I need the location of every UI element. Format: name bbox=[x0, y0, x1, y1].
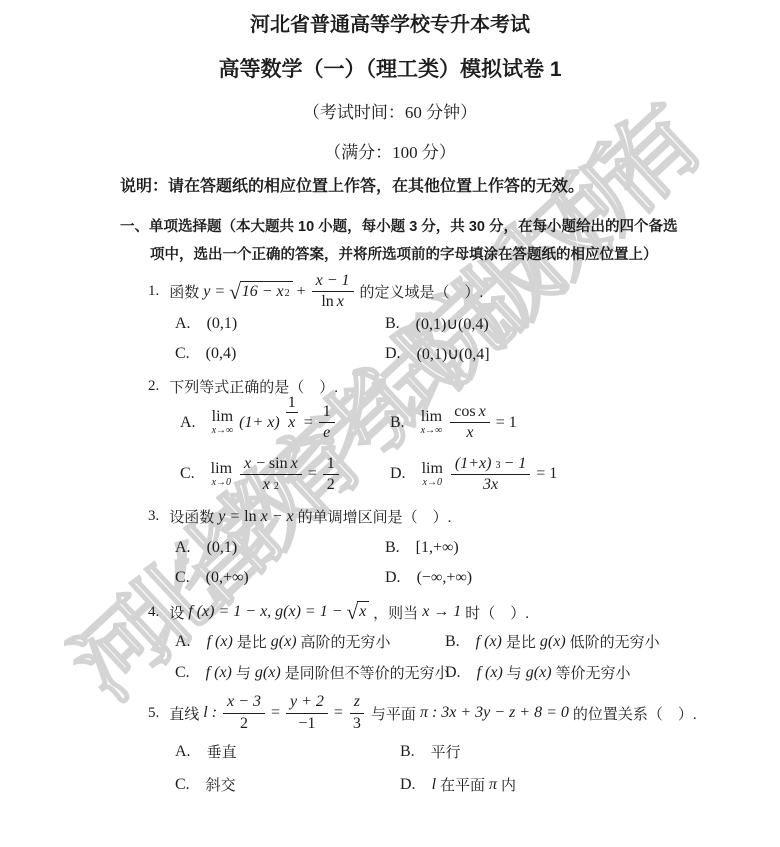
option-3D-label: D. bbox=[385, 569, 401, 587]
q1-frac-denominator-fn: ln bbox=[321, 293, 333, 311]
num-p2: x bbox=[291, 455, 298, 473]
exam-title: 河北省普通高等学校专升本考试 bbox=[0, 8, 780, 37]
option-2D-equals: = 1 bbox=[536, 465, 557, 483]
option-3C-label: C. bbox=[175, 569, 190, 587]
option-5D-l: l bbox=[432, 776, 436, 794]
option-4A-mid: 是比 bbox=[237, 631, 267, 652]
option-5D: D.l在平面π内 bbox=[400, 774, 516, 795]
question-1-options-row-2: C.(0,4) D.(0,1)∪(0,4] bbox=[175, 344, 780, 364]
q5-fraction-z: z3 bbox=[349, 693, 365, 733]
q1-frac-numerator: x − 1 bbox=[316, 272, 350, 290]
question-4-mid-text: ，则当 bbox=[373, 602, 418, 623]
rhs-num: 1 bbox=[327, 455, 335, 473]
option-2A-body: (1+ x) bbox=[239, 414, 280, 432]
den-exponent: 2 bbox=[274, 481, 279, 493]
exp-num: 1 bbox=[286, 394, 298, 413]
option-3B-value: [1,+∞) bbox=[416, 539, 459, 557]
question-2-stem: 2. 下列等式正确的是（ ）. bbox=[148, 376, 780, 397]
question-1-post-text: 的定义域是（ ）. bbox=[360, 281, 484, 302]
option-2D: D. limx→0 (1+x)3− 13x = 1 bbox=[390, 455, 557, 495]
q3-y-equals: y = bbox=[218, 508, 240, 526]
num-var: x bbox=[479, 403, 486, 421]
option-5B: B.平行 bbox=[400, 741, 461, 762]
num-p1: x − bbox=[244, 455, 266, 473]
exponent-fraction: 1x bbox=[286, 394, 298, 431]
num-tail: − 1 bbox=[503, 455, 526, 473]
q5-line-symbol: l : bbox=[203, 704, 217, 722]
option-4B: B.f (x)是比g(x)低阶的无穷小 bbox=[445, 631, 660, 652]
option-2C-label: C. bbox=[180, 465, 195, 483]
option-4C: C.f (x)与g(x)是同阶但不等价的无穷小 bbox=[175, 662, 445, 683]
question-5-number: 5. bbox=[148, 705, 159, 722]
q1-plus-sign: + bbox=[297, 283, 306, 301]
frac-z-num: z bbox=[354, 693, 360, 711]
question-2-text: 下列等式正确的是（ ）. bbox=[169, 376, 338, 397]
option-1A-label: A. bbox=[175, 315, 191, 333]
question-5-options-row-2: C.斜交 D.l在平面π内 bbox=[175, 774, 780, 795]
q4-g-definition: g(x) = 1 − bbox=[275, 603, 342, 621]
question-3: 3. 设函数 y = ln x − x 的单调增区间是（ ）. A.(0,1) … bbox=[0, 506, 780, 587]
lim-subscript: x→0 bbox=[423, 478, 442, 488]
option-2C-fraction: x −sinxx2 bbox=[240, 455, 302, 495]
option-3A-label: A. bbox=[175, 539, 191, 557]
den-var: x bbox=[466, 424, 473, 442]
option-1C: C.(0,4) bbox=[175, 345, 385, 363]
rhs-den: e bbox=[323, 424, 330, 442]
question-3-number: 3. bbox=[148, 508, 159, 525]
option-1D: D.(0,1)∪(0,4] bbox=[385, 344, 490, 364]
exam-time: （考试时间：60 分钟） bbox=[0, 98, 780, 123]
question-4-options-row-1: A.f (x)是比g(x)高阶的无穷小 B.f (x)是比g(x)低阶的无穷小 bbox=[175, 631, 780, 652]
question-5-pre-text: 直线 bbox=[169, 703, 199, 724]
option-3C: C.(0,+∞) bbox=[175, 569, 385, 587]
option-4A-g: g(x) bbox=[271, 633, 297, 651]
option-2B: B. limx→∞ cosxx = 1 bbox=[390, 403, 517, 443]
question-4-options-row-2: C.f (x)与g(x)是同阶但不等价的无穷小 D.f (x)与g(x)等价无穷… bbox=[175, 662, 780, 683]
option-3A-value: (0,1) bbox=[207, 539, 238, 557]
limit-operator: limx→0 bbox=[211, 461, 232, 488]
option-4C-f: f (x) bbox=[206, 664, 232, 682]
option-1B-label: B. bbox=[385, 315, 400, 333]
option-5C: C.斜交 bbox=[175, 774, 400, 795]
frac-x-den: 2 bbox=[240, 715, 248, 733]
lim-word: lim bbox=[422, 461, 443, 477]
question-3-options-row-2: C.(0,+∞) D.(−∞,+∞) bbox=[175, 569, 780, 587]
option-5A-value: 垂直 bbox=[207, 741, 237, 762]
num-fn: sin bbox=[269, 455, 288, 473]
option-2B-label: B. bbox=[390, 414, 405, 432]
option-3A: A.(0,1) bbox=[175, 539, 385, 557]
frac-z-den: 3 bbox=[353, 715, 361, 733]
q1-y-equals: y = bbox=[203, 283, 225, 301]
q5-fraction-y: y + 2−1 bbox=[286, 693, 328, 733]
option-3C-value: (0,+∞) bbox=[206, 569, 249, 587]
option-5A: A.垂直 bbox=[175, 741, 400, 762]
question-5: 5. 直线 l : x − 32 = y + 2−1 = z3 与平面 π : … bbox=[0, 693, 780, 795]
section-heading-line2: 项中，选出一个正确的答案，并将所选项前的字母填涂在答题纸的相应位置上） bbox=[150, 244, 780, 266]
num-body: (1+x) bbox=[455, 455, 492, 473]
lim-word: lim bbox=[212, 409, 233, 425]
option-3D: D.(−∞,+∞) bbox=[385, 569, 472, 587]
option-2C: C. limx→0 x −sinxx2 = 12 bbox=[180, 455, 390, 495]
option-4A-tail: 高阶的无穷小 bbox=[301, 631, 391, 652]
option-2A-rhs-fraction: 1e bbox=[319, 403, 335, 443]
limit-operator: limx→0 bbox=[422, 461, 443, 488]
option-3B-label: B. bbox=[385, 539, 400, 557]
option-4D-f: f (x) bbox=[477, 664, 503, 682]
q1-sqrt-expression: √ 16 − x2 bbox=[229, 281, 292, 303]
option-5B-value: 平行 bbox=[431, 741, 461, 762]
option-2D-fraction: (1+x)3− 13x bbox=[451, 455, 530, 495]
option-4A-f: f (x) bbox=[207, 633, 233, 651]
den-var: x bbox=[263, 476, 270, 494]
q4-radicand: x bbox=[359, 603, 366, 621]
q4-sqrt-expression: √x bbox=[347, 601, 370, 623]
den-var: 3x bbox=[483, 476, 498, 494]
option-5D-tail: 内 bbox=[501, 774, 516, 795]
q3-ln: ln bbox=[244, 508, 256, 526]
option-4C-tail: 是同阶但不等价的无穷小 bbox=[285, 662, 450, 683]
question-4-pre-text: 设 bbox=[169, 602, 184, 623]
option-4B-g: g(x) bbox=[540, 633, 566, 651]
question-5-options-row-1: A.垂直 B.平行 bbox=[175, 741, 780, 762]
option-2A-label: A. bbox=[180, 414, 196, 432]
option-5B-label: B. bbox=[400, 743, 415, 761]
option-4B-tail: 低阶的无穷小 bbox=[570, 631, 660, 652]
option-4A: A.f (x)是比g(x)高阶的无穷小 bbox=[175, 631, 445, 652]
q5-plane-equation: π : 3x + 3y − z + 8 = 0 bbox=[420, 704, 569, 722]
q4-f-definition: f (x) = 1 − x, bbox=[188, 603, 271, 621]
question-3-options-row-1: A.(0,1) B.[1,+∞) bbox=[175, 539, 780, 557]
lim-word: lim bbox=[421, 409, 442, 425]
q4-x-limit: x → 1 bbox=[422, 603, 461, 621]
question-2-options-row-1: A. limx→∞ (1+ x) 1x = 1e B. limx→∞ cosxx… bbox=[180, 403, 780, 443]
question-1-pre-text: 函数 bbox=[169, 281, 199, 302]
question-4-stem: 4. 设 f (x) = 1 − x, g(x) = 1 − √x ，则当 x … bbox=[148, 601, 780, 623]
option-4A-label: A. bbox=[175, 633, 191, 651]
instructions-note: 说明：请在答题纸的相应位置上作答，在其他位置上作答的无效。 bbox=[120, 173, 780, 196]
option-2A: A. limx→∞ (1+ x) 1x = 1e bbox=[180, 403, 390, 443]
option-5C-label: C. bbox=[175, 776, 190, 794]
q3-expression: x − x bbox=[261, 508, 294, 526]
num-fn: cos bbox=[454, 403, 475, 421]
exp-den: x bbox=[288, 413, 295, 432]
question-4-number: 4. bbox=[148, 604, 159, 621]
exam-content: 河北省普通高等学校专升本考试 高等数学（一）（理工类）模拟试卷 1 （考试时间：… bbox=[0, 8, 780, 795]
option-4B-mid: 是比 bbox=[506, 631, 536, 652]
q1-radicand-exponent: 2 bbox=[285, 288, 290, 299]
question-1-options-row-1: A.(0,1) B.(0,1)∪(0,4) bbox=[175, 314, 780, 334]
lim-subscript: x→∞ bbox=[421, 426, 443, 436]
frac-y-num: y + 2 bbox=[290, 693, 324, 711]
full-score: （满分：100 分） bbox=[0, 138, 780, 163]
lim-subscript: x→0 bbox=[212, 478, 231, 488]
option-4D-label: D. bbox=[445, 664, 461, 682]
q5-equals-1: = bbox=[271, 704, 280, 722]
question-5-post-text: 的位置关系（ ）. bbox=[573, 703, 697, 724]
limit-operator: limx→∞ bbox=[212, 409, 234, 436]
option-2B-equals: = 1 bbox=[496, 414, 517, 432]
option-5C-value: 斜交 bbox=[206, 774, 236, 795]
lim-word: lim bbox=[211, 461, 232, 477]
question-4-post-text: 时（ ）. bbox=[465, 602, 529, 623]
question-2-number: 2. bbox=[148, 378, 159, 395]
option-4C-g: g(x) bbox=[255, 664, 281, 682]
option-4C-mid: 与 bbox=[236, 662, 251, 683]
option-1C-value: (0,4) bbox=[206, 345, 237, 363]
option-1D-label: D. bbox=[385, 345, 401, 363]
lim-subscript: x→∞ bbox=[212, 426, 234, 436]
q1-fraction: x − 1 lnx bbox=[312, 272, 354, 312]
q1-frac-denominator-var: x bbox=[337, 293, 344, 311]
num-exponent: 3 bbox=[495, 460, 500, 472]
option-1B-value: (0,1)∪(0,4) bbox=[416, 314, 489, 334]
question-4: 4. 设 f (x) = 1 − x, g(x) = 1 − √x ，则当 x … bbox=[0, 601, 780, 683]
option-1A: A.(0,1) bbox=[175, 315, 385, 333]
section-heading-line1: 一、单项选择题（本大题共 10 小题，每小题 3 分，共 30 分，在每小题给出… bbox=[120, 216, 780, 238]
option-3B: B.[1,+∞) bbox=[385, 539, 459, 557]
option-5D-pi: π bbox=[489, 776, 497, 794]
option-1D-value: (0,1)∪(0,4] bbox=[417, 344, 490, 364]
question-2-options-row-2: C. limx→0 x −sinxx2 = 12 D. limx→0 (1+x)… bbox=[180, 455, 780, 495]
option-2B-fraction: cosxx bbox=[450, 403, 489, 443]
question-3-stem: 3. 设函数 y = ln x − x 的单调增区间是（ ）. bbox=[148, 506, 780, 527]
option-4B-label: B. bbox=[445, 633, 460, 651]
option-3D-value: (−∞,+∞) bbox=[417, 569, 473, 587]
q5-equals-2: = bbox=[334, 704, 343, 722]
option-1A-value: (0,1) bbox=[207, 315, 238, 333]
option-4D-g: g(x) bbox=[526, 664, 552, 682]
question-3-pre-text: 设函数 bbox=[169, 506, 214, 527]
rhs-num: 1 bbox=[323, 403, 331, 421]
option-4C-label: C. bbox=[175, 664, 190, 682]
question-5-stem: 5. 直线 l : x − 32 = y + 2−1 = z3 与平面 π : … bbox=[148, 693, 780, 733]
question-1: 1. 函数 y = √ 16 − x2 + x − 1 lnx 的定义域是（ ）… bbox=[0, 272, 780, 364]
option-5D-mid: 在平面 bbox=[440, 774, 485, 795]
option-1B: B.(0,1)∪(0,4) bbox=[385, 314, 489, 334]
option-2D-label: D. bbox=[390, 465, 406, 483]
option-1C-label: C. bbox=[175, 345, 190, 363]
frac-y-den: −1 bbox=[298, 715, 315, 733]
question-2: 2. 下列等式正确的是（ ）. A. limx→∞ (1+ x) 1x = 1e… bbox=[0, 376, 780, 495]
option-2C-equals: = bbox=[308, 465, 317, 483]
option-4D-tail: 等价无穷小 bbox=[556, 662, 631, 683]
option-5A-label: A. bbox=[175, 743, 191, 761]
question-3-post-text: 的单调增区间是（ ）. bbox=[298, 506, 452, 527]
option-4D: D.f (x)与g(x)等价无穷小 bbox=[445, 662, 631, 683]
frac-x-num: x − 3 bbox=[227, 693, 261, 711]
question-1-number: 1. bbox=[148, 283, 159, 300]
paper-title: 高等数学（一）（理工类）模拟试卷 1 bbox=[0, 53, 780, 83]
option-2A-equals: = bbox=[304, 414, 313, 432]
rhs-den: 2 bbox=[327, 476, 335, 494]
option-4B-f: f (x) bbox=[476, 633, 502, 651]
q5-fraction-x: x − 32 bbox=[223, 693, 265, 733]
question-1-stem: 1. 函数 y = √ 16 − x2 + x − 1 lnx 的定义域是（ ）… bbox=[148, 272, 780, 312]
q1-radicand: 16 − x bbox=[242, 283, 284, 301]
option-2C-rhs-fraction: 12 bbox=[323, 455, 339, 495]
limit-operator: limx→∞ bbox=[421, 409, 443, 436]
exam-paper-page: 河北省教育考试院版权所有 河北省普通高等学校专升本考试 高等数学（一）（理工类）… bbox=[0, 0, 780, 847]
option-4D-mid: 与 bbox=[507, 662, 522, 683]
option-5D-label: D. bbox=[400, 776, 416, 794]
question-5-mid-text: 与平面 bbox=[371, 703, 416, 724]
